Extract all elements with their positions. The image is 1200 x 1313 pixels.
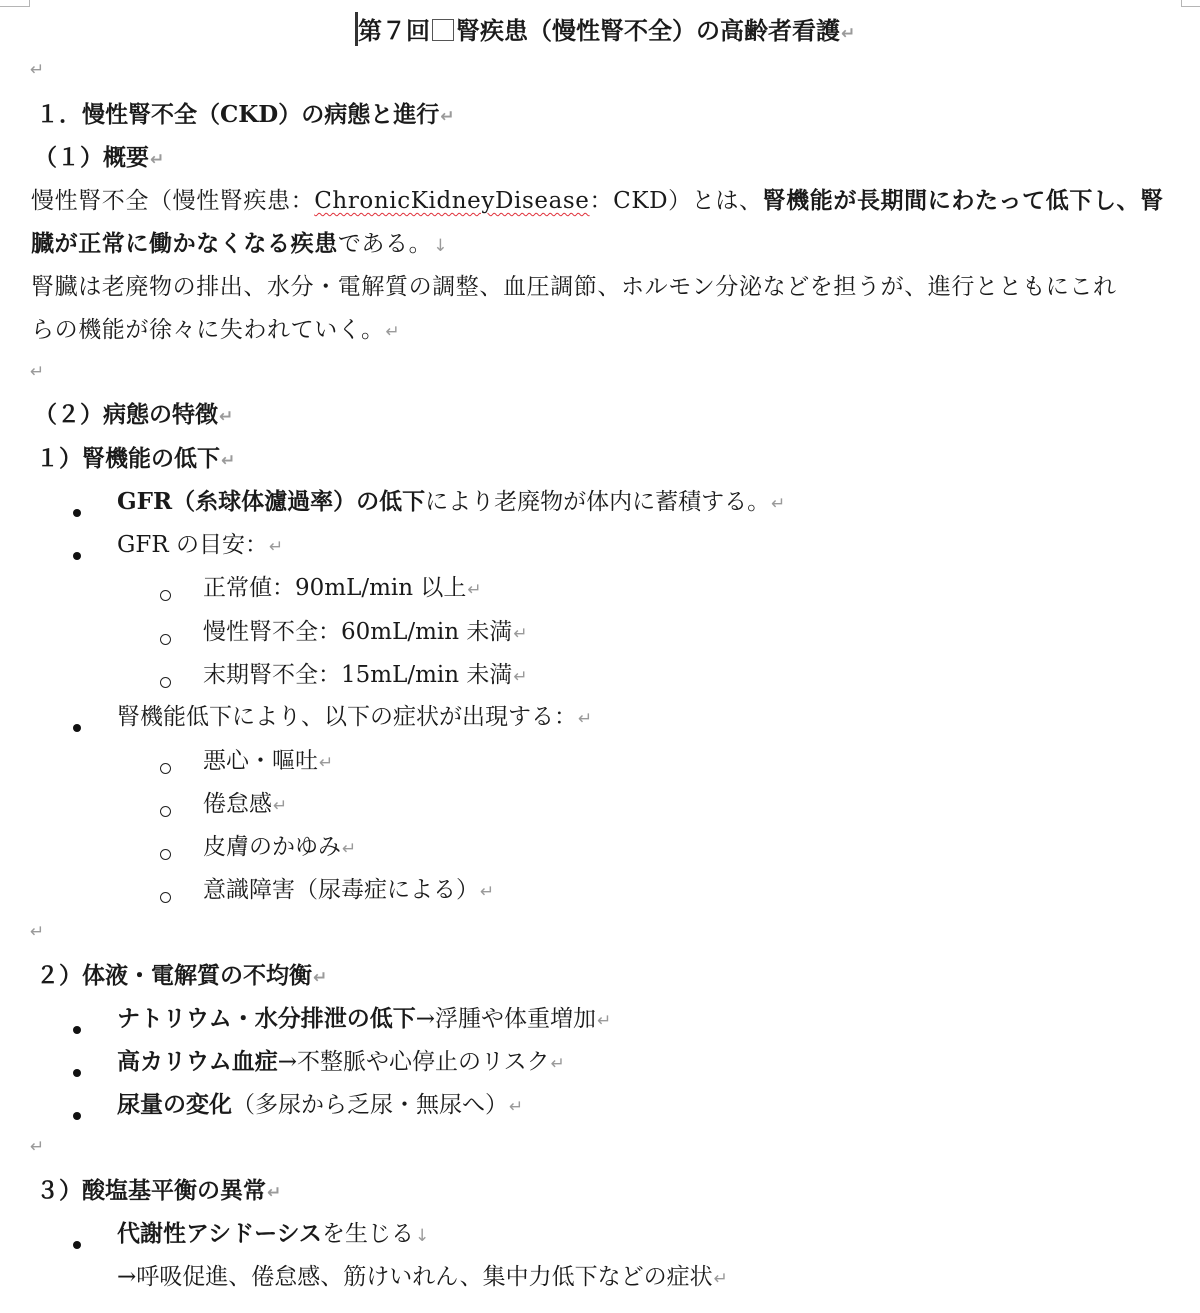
bullet-icon	[73, 1230, 81, 1255]
list-subitem: 末期腎不全：15mL/min 未満↵	[203, 660, 528, 692]
paragraph-mark-icon: ↵	[714, 1269, 728, 1289]
list-item: GFR（糸球体濾過率）の低下により老廃物が体内に蓄積する。↵	[117, 487, 785, 519]
bullet-icon	[73, 1101, 81, 1126]
list-item: 高カリウム血症→不整脈や心停止のリスク↵	[117, 1047, 565, 1079]
paragraph-mark-icon: ↵	[841, 24, 855, 44]
kidney-function-paragraph-line-1: 腎臓は老廃物の排出、水分・電解質の調整、血圧調節、ホルモン分泌などを担うが、進行…	[31, 272, 1117, 302]
empty-paragraph-mark-icon: ↵	[30, 362, 44, 382]
list-subitem: 倦怠感↵	[203, 789, 287, 821]
section-heading: １．慢性腎不全（CKD）の病態と進行↵	[36, 100, 455, 132]
bullet-icon	[73, 541, 81, 566]
list-subitem: 皮膚のかゆみ↵	[203, 832, 356, 864]
list-item: 腎機能低下により、以下の症状が出現する：↵	[117, 702, 592, 734]
paragraph-mark-icon: ↵	[513, 667, 527, 687]
paragraph-mark-icon: ↵	[771, 494, 785, 514]
bullet-icon	[73, 1058, 81, 1083]
subsection-heading-overview: （１）概要↵	[34, 143, 164, 175]
kidney-function-paragraph-line-2: らの機能が徐々に失われていく。↵	[31, 315, 400, 347]
paragraph-mark-icon: ↵	[467, 580, 481, 600]
paragraph-mark-icon: ↵	[551, 1054, 565, 1074]
line-break-mark-icon: ↓	[433, 236, 448, 256]
paragraph-mark-icon: ↵	[386, 322, 401, 342]
sub-bullet-icon	[160, 841, 171, 866]
paragraph-mark-icon: ↵	[513, 624, 527, 644]
list-subitem: 慢性腎不全：60mL/min 未満↵	[203, 617, 528, 649]
sub-bullet-icon	[160, 798, 171, 823]
paragraph-mark-icon: ↵	[269, 537, 283, 557]
page-corner-mark-left	[0, 0, 30, 7]
empty-paragraph-mark-icon: ↵	[30, 60, 44, 80]
sub-bullet-icon	[160, 884, 171, 909]
list-subitem: 意識障害（尿毒症による）↵	[203, 875, 494, 907]
spelling-error-word[interactable]: ChronicKidneyDisease	[314, 188, 589, 214]
paragraph-mark-icon: ↵	[150, 150, 164, 170]
sub-bullet-icon	[160, 582, 171, 607]
paragraph-mark-icon: ↵	[267, 1183, 281, 1203]
bullet-icon	[73, 498, 81, 523]
empty-paragraph-mark-icon: ↵	[30, 922, 44, 942]
paragraph-mark-icon: ↵	[221, 451, 235, 471]
line-break-mark-icon: ↓	[415, 1226, 429, 1246]
paragraph-mark-icon: ↵	[597, 1011, 611, 1031]
paragraph-mark-icon: ↵	[273, 796, 287, 816]
paragraph-mark-icon: ↵	[342, 839, 356, 859]
overview-paragraph-line-1: 慢性腎不全（慢性腎疾患：ChronicKidneyDisease：CKD）とは、…	[31, 186, 1164, 216]
sub-bullet-icon	[160, 669, 171, 694]
paragraph-mark-icon: ↵	[480, 882, 494, 902]
bullet-icon	[73, 1015, 81, 1040]
item-heading-renal-decline: １）腎機能の低下↵	[36, 444, 235, 476]
page-corner-mark-right	[1181, 0, 1200, 7]
list-subitem: 正常値：90mL/min 以上↵	[203, 573, 482, 605]
paragraph-mark-icon: ↵	[578, 709, 592, 729]
bullet-icon	[73, 713, 81, 738]
list-item: 代謝性アシドーシスを生じる↓	[117, 1219, 429, 1251]
list-item: ナトリウム・水分排泄の低下→浮腫や体重増加↵	[117, 1004, 611, 1036]
item-heading-acid-base: ３）酸塩基平衡の異常↵	[36, 1176, 281, 1208]
list-item: 尿量の変化（多尿から乏尿・無尿へ）↵	[117, 1090, 523, 1122]
sub-bullet-icon	[160, 626, 171, 651]
paragraph-mark-icon: ↵	[509, 1097, 523, 1117]
paragraph-mark-icon: ↵	[319, 753, 333, 773]
list-item: GFR の目安：↵	[117, 530, 283, 562]
subsection-heading-pathology: （２）病態の特徴↵	[34, 400, 233, 432]
empty-paragraph-mark-icon: ↵	[30, 1137, 44, 1157]
sub-bullet-icon	[160, 755, 171, 780]
paragraph-mark-icon: ↵	[219, 407, 233, 427]
overview-paragraph-line-2: 臓が正常に働かなくなる疾患である。↓	[31, 229, 448, 261]
document-title[interactable]: 第７回腎疾患（慢性腎不全）の高齢者看護↵	[355, 12, 855, 49]
paragraph-mark-icon: ↵	[313, 968, 327, 988]
list-item-continuation: →呼吸促進、倦怠感、筋けいれん、集中力低下などの症状↵	[117, 1262, 728, 1294]
item-heading-fluid-electrolyte: ２）体液・電解質の不均衡↵	[36, 961, 327, 993]
list-subitem: 悪心・嘔吐↵	[203, 746, 333, 778]
paragraph-mark-icon: ↵	[440, 107, 454, 127]
missing-glyph-box-icon	[432, 19, 454, 41]
